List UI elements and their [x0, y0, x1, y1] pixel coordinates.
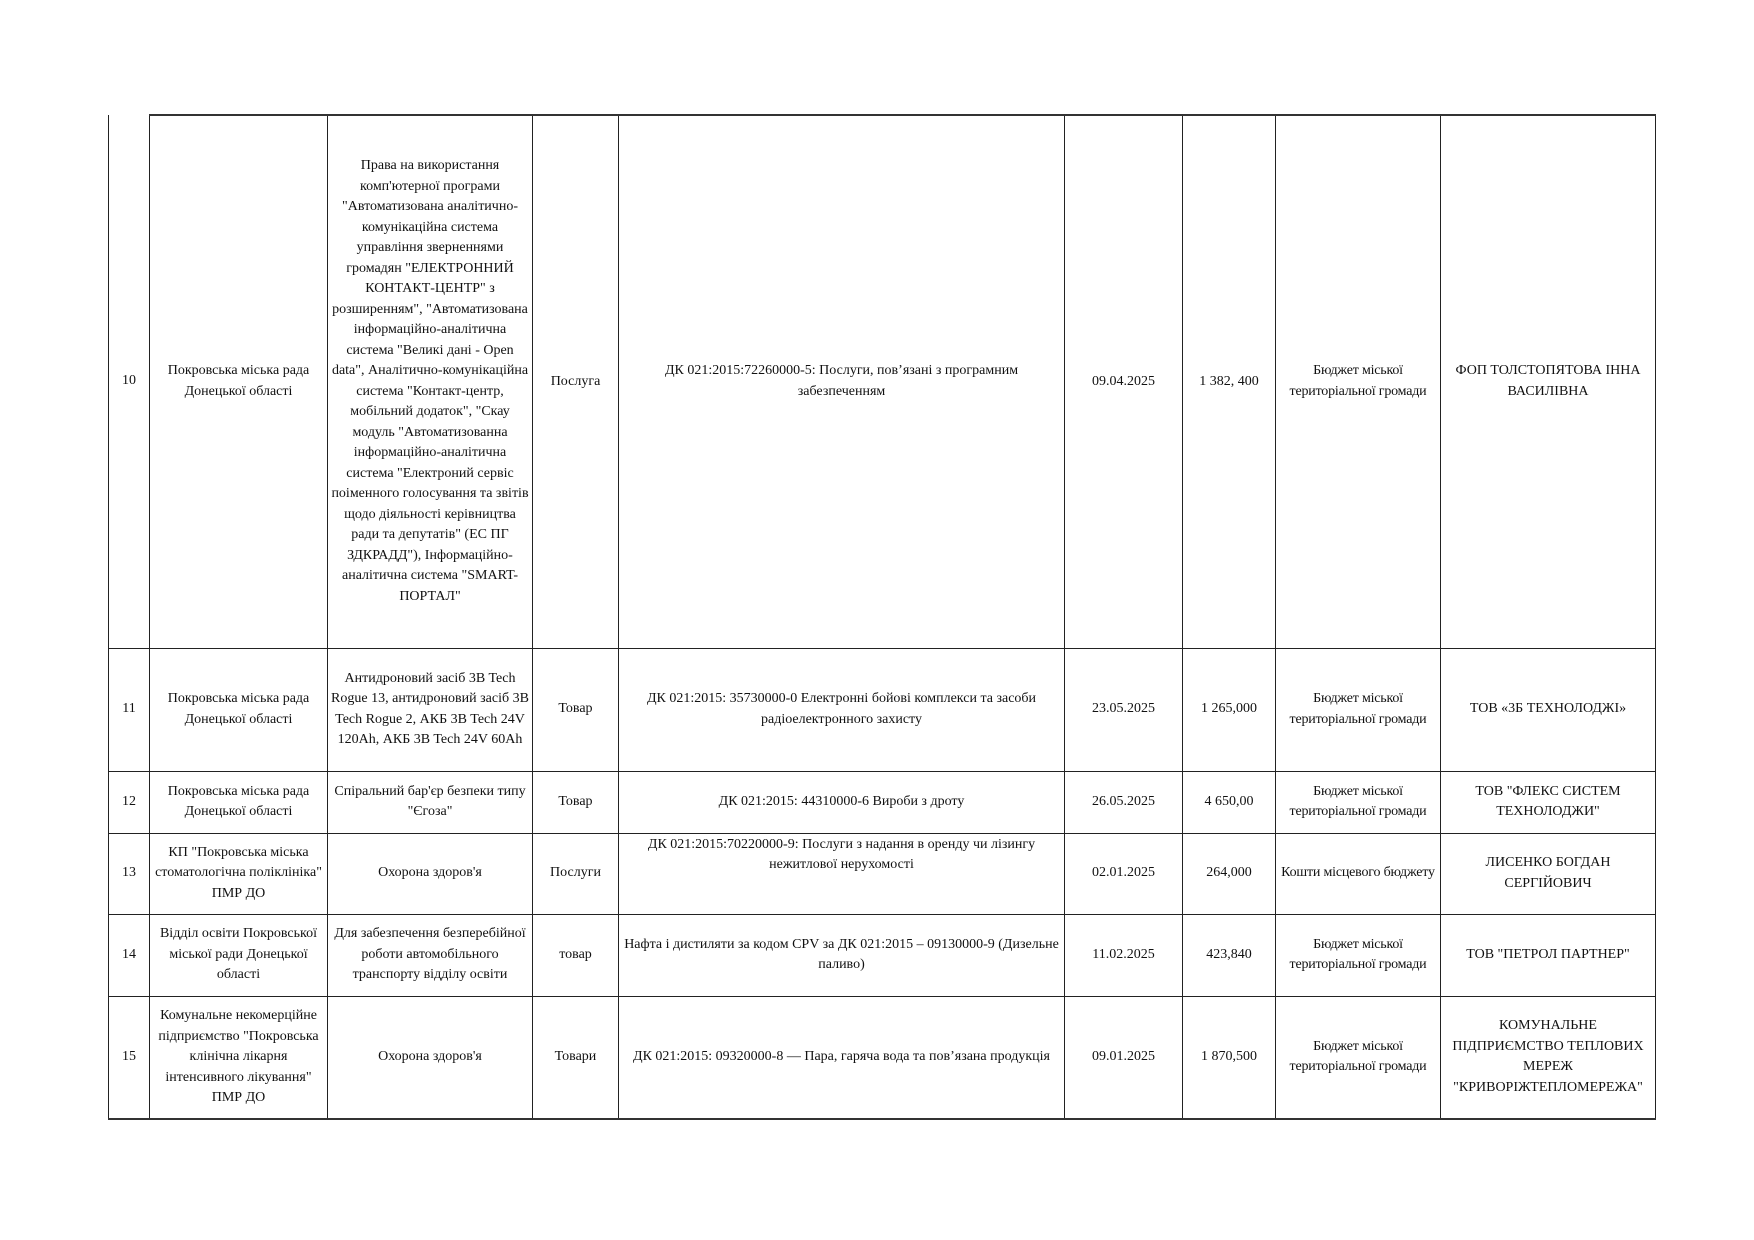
- supplier-cell: ФОП ТОЛСТОПЯТОВА ІННА ВАСИЛІВНА: [1441, 115, 1656, 648]
- row-number-cell: 13: [109, 833, 150, 914]
- cpv-code-cell: ДК 021:2015:72260000-5: Послуги, пов’яза…: [619, 115, 1065, 648]
- type-cell: Послуга: [533, 115, 619, 648]
- customer-cell: Відділ освіти Покровської міської ради Д…: [150, 914, 328, 996]
- table-row: 14 Відділ освіти Покровської міської рад…: [109, 914, 1656, 996]
- customer-cell: Покровська міська рада Донецької області: [150, 115, 328, 648]
- amount-cell: 423,840: [1183, 914, 1276, 996]
- cpv-code-cell: ДК 021:2015: 09320000-8 — Пара, гаряча в…: [619, 996, 1065, 1119]
- subject-cell: Для забезпечення безперебійної роботи ав…: [328, 914, 533, 996]
- type-cell: Послуги: [533, 833, 619, 914]
- row-number-cell: 10: [109, 115, 150, 648]
- type-cell: товар: [533, 914, 619, 996]
- customer-cell: Покровська міська рада Донецької області: [150, 648, 328, 771]
- date-cell: 09.04.2025: [1065, 115, 1183, 648]
- table-row: 12 Покровська міська рада Донецької обла…: [109, 771, 1656, 833]
- funding-source-cell: Бюджет міської територіальної громади: [1276, 771, 1441, 833]
- amount-cell: 1 870,500: [1183, 996, 1276, 1119]
- customer-cell: Покровська міська рада Донецької області: [150, 771, 328, 833]
- supplier-cell: КОМУНАЛЬНЕ ПІДПРИЄМСТВО ТЕПЛОВИХ МЕРЕЖ "…: [1441, 996, 1656, 1119]
- amount-cell: 264,000: [1183, 833, 1276, 914]
- supplier-cell: ТОВ "ПЕТРОЛ ПАРТНЕР": [1441, 914, 1656, 996]
- table-row: 15 Комунальне некомерційне підприємство …: [109, 996, 1656, 1119]
- type-cell: Товари: [533, 996, 619, 1119]
- supplier-cell: ЛИСЕНКО БОГДАН СЕРГІЙОВИЧ: [1441, 833, 1656, 914]
- subject-cell: Антидроновий засіб 3B Tech Rogue 13, ант…: [328, 648, 533, 771]
- supplier-cell: ТОВ "ФЛЕКС СИСТЕМ ТЕХНОЛОДЖИ": [1441, 771, 1656, 833]
- amount-cell: 1 382, 400: [1183, 115, 1276, 648]
- cpv-code-cell: ДК 021:2015:70220000-9: Послуги з наданн…: [619, 833, 1065, 914]
- amount-cell: 1 265,000: [1183, 648, 1276, 771]
- supplier-cell: ТОВ «3Б ТЕХНОЛОДЖІ»: [1441, 648, 1656, 771]
- date-cell: 23.05.2025: [1065, 648, 1183, 771]
- row-number-cell: 14: [109, 914, 150, 996]
- funding-source-cell: Бюджет міської територіальної громади: [1276, 648, 1441, 771]
- table-row: 10 Покровська міська рада Донецької обла…: [109, 115, 1656, 648]
- subject-cell: Охорона здоров'я: [328, 833, 533, 914]
- cpv-code-cell: ДК 021:2015: 35730000-0 Електронні бойов…: [619, 648, 1065, 771]
- date-cell: 09.01.2025: [1065, 996, 1183, 1119]
- subject-cell: Спіральний бар'єр безпеки типу "Єгоза": [328, 771, 533, 833]
- subject-cell: Права на використання комп'ютерної прогр…: [328, 115, 533, 648]
- procurement-table: 10 Покровська міська рада Донецької обла…: [108, 114, 1656, 1120]
- row-number-cell: 11: [109, 648, 150, 771]
- funding-source-cell: Бюджет міської територіальної громади: [1276, 996, 1441, 1119]
- customer-cell: Комунальне некомерційне підприємство "По…: [150, 996, 328, 1119]
- cpv-code-cell: ДК 021:2015: 44310000-6 Вироби з дроту: [619, 771, 1065, 833]
- funding-source-cell: Бюджет міської територіальної громади: [1276, 914, 1441, 996]
- document-page: 10 Покровська міська рада Донецької обла…: [0, 0, 1754, 1240]
- subject-cell: Охорона здоров'я: [328, 996, 533, 1119]
- type-cell: Товар: [533, 648, 619, 771]
- row-number-cell: 15: [109, 996, 150, 1119]
- funding-source-cell: Бюджет міської територіальної громади: [1276, 115, 1441, 648]
- customer-cell: КП "Покровська міська стоматологічна пол…: [150, 833, 328, 914]
- amount-cell: 4 650,00: [1183, 771, 1276, 833]
- date-cell: 26.05.2025: [1065, 771, 1183, 833]
- date-cell: 11.02.2025: [1065, 914, 1183, 996]
- funding-source-cell: Кошти місцевого бюджету: [1276, 833, 1441, 914]
- table-row: 11 Покровська міська рада Донецької обла…: [109, 648, 1656, 771]
- date-cell: 02.01.2025: [1065, 833, 1183, 914]
- cpv-code-cell: Нафта і дистиляти за кодом CPV за ДК 021…: [619, 914, 1065, 996]
- row-number-cell: 12: [109, 771, 150, 833]
- type-cell: Товар: [533, 771, 619, 833]
- table-row: 13 КП "Покровська міська стоматологічна …: [109, 833, 1656, 914]
